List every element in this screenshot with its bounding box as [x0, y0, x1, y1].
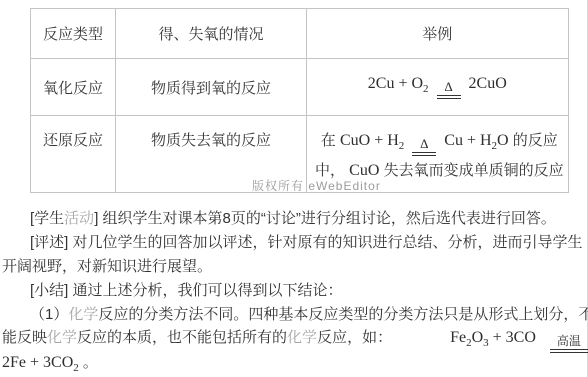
paragraph-comment-line1: [评述] 对几位学生的回答加以评述，针对原有的知识进行总结、分析，进而引导学生 — [30, 234, 583, 251]
oxidation-equation: 2Cu + O2Δ2CuO — [368, 75, 507, 92]
line1-prefix: 在 — [321, 132, 340, 149]
reduction-example-line1: 在 CuO + H2ΔCu + H2O 的反应 — [315, 126, 564, 156]
line1-suffix: 的反应 — [509, 132, 558, 149]
paragraph-summary: [小结] 通过上述分析，我们可以得到以下结论： — [30, 282, 343, 299]
paragraph-point1-line3: 2Fe + 3CO2 。 — [2, 354, 98, 371]
point1-seg3: 反应，如： — [317, 329, 392, 346]
oxidation-type-cell: 氧化反应 — [31, 59, 116, 116]
line1-left-formula: CuO + H2 — [340, 132, 404, 149]
iron-oxide-formula: Fe2O3 + 3CO — [450, 329, 536, 346]
formula-text: O — [472, 329, 484, 346]
equation-left: 2Cu + O — [368, 75, 423, 92]
point1-text: 反应的分类方法不同。四种基本反应类型的分类方法只是从形式上划分，不 — [98, 306, 588, 323]
formula-text: CuO + H — [340, 132, 399, 149]
table-row-oxidation: 氧化反应 物质得到氧的反应 2Cu + O2Δ2CuO — [31, 59, 569, 116]
equation-left-subscript: 2 — [423, 83, 429, 95]
oxidation-situation-cell: 物质得到氧的反应 — [116, 59, 307, 116]
formula-subscript: 2 — [399, 140, 405, 152]
high-temperature-condition: 高温 — [557, 335, 581, 347]
delta-equals-sign: Δ — [412, 137, 436, 156]
line2-suffix: 失去氧而变成单质铜的反应 — [379, 162, 563, 179]
paragraph-point1-line2: 能反映化学反应的本质，也不能包括所有的化学反应，如：Fe2O3 + 3CO高温 — [2, 329, 588, 353]
activity-text: ] 组织学生对课本第8页的“讨论”进行分组讨论，然后选代表进行回答。 — [94, 210, 556, 227]
formula-text: 2Fe + 3CO — [2, 354, 73, 371]
keyword-chemistry: 化学 — [47, 329, 77, 346]
point1-seg2: 反应的本质，也不能包括所有的 — [77, 329, 287, 346]
products-formula: 2Fe + 3CO2 — [2, 354, 79, 371]
table-header-row: 反应类型 得、失氧的情况 举例 — [31, 9, 569, 59]
keyword-activity: 活动 — [64, 210, 94, 227]
delta-condition: Δ — [444, 80, 452, 93]
paragraph-point1-line1: （1）化学反应的分类方法不同。四种基本反应类型的分类方法只是从形式上划分，不 — [30, 306, 588, 323]
paragraph-student-activity: [学生活动] 组织学生对课本第8页的“讨论”进行分组讨论，然后选代表进行回答。 — [30, 210, 556, 227]
point1-seg1: 能反映 — [2, 329, 47, 346]
keyword-chemistry: 化学 — [287, 329, 317, 346]
double-line-equals — [550, 349, 588, 353]
header-cell-example: 举例 — [307, 9, 569, 59]
header-cell-oxygen-situation: 得、失氧的情况 — [116, 9, 307, 59]
reaction-types-table: 反应类型 得、失氧的情况 举例 氧化反应 物质得到氧的反应 2Cu + O2Δ2… — [30, 8, 569, 193]
ewebeditor-watermark: 版权所有 eWebEditor — [252, 177, 381, 194]
double-line-equals — [437, 95, 461, 99]
delta-equals-sign: Δ — [437, 80, 461, 99]
sentence-end: 。 — [79, 354, 98, 371]
high-temperature-equals-sign: 高温 — [550, 335, 588, 353]
bracket-label-open: [学生 — [30, 210, 64, 227]
equation-right: 2CuO — [469, 75, 507, 92]
formula-text: Fe — [450, 329, 466, 346]
paragraph-comment-line2: 开阔视野，对新知识进行展望。 — [2, 258, 212, 275]
point-number: （1） — [30, 306, 68, 323]
line1-right-formula: Cu + H2O — [444, 132, 508, 149]
keyword-chemistry: 化学 — [68, 306, 98, 323]
formula-text: O — [497, 132, 509, 149]
oxidation-example-cell: 2Cu + O2Δ2CuO — [307, 59, 569, 116]
reduction-type-cell: 还原反应 — [31, 116, 116, 193]
delta-condition: Δ — [420, 137, 428, 150]
formula-text: Cu + H — [444, 132, 491, 149]
formula-text: + 3CO — [489, 329, 536, 346]
header-cell-reaction-type: 反应类型 — [31, 9, 116, 59]
